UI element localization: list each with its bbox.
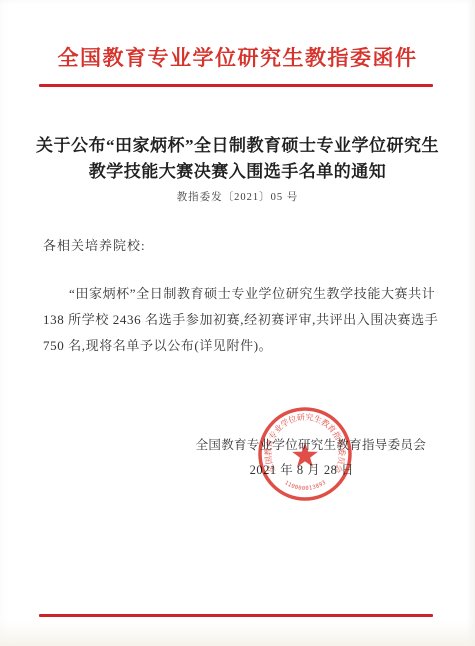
body-paragraph: “田家炳杯”全日制教育硕士专业学位研究生教学技能大赛共计138 所学校 2436… xyxy=(43,281,425,359)
document-number: 教指委发〔2021〕05 号 xyxy=(0,189,475,204)
letterhead-title: 全国教育专业学位研究生教指委函件 xyxy=(0,42,475,72)
footer-rule xyxy=(39,614,433,617)
body-line: 750 名,现将名单予以公布(详见附件)。 xyxy=(43,333,425,359)
signature-org: 全国教育专业学位研究生教育指导委员会 xyxy=(196,435,426,453)
signature-date: 2021 年 8 月 28 日 xyxy=(250,460,354,478)
title-line-2: 教学技能大赛决赛入围选手名单的通知 xyxy=(89,162,387,181)
official-seal-icon: 全国教育专业学位研究生教育指导委员会 1100000138937 xyxy=(250,399,360,509)
body-line: 138 所学校 2436 名选手参加初赛,经初赛评审,共评出入围决赛选手 xyxy=(43,307,425,333)
document-page: 全国教育专业学位研究生教指委函件 关于公布“田家炳杯”全日制教育硕士专业学位研究… xyxy=(0,0,475,646)
document-title: 关于公布“田家炳杯”全日制教育硕士专业学位研究生 教学技能大赛决赛入围选手名单的… xyxy=(20,133,455,185)
letterhead-rule xyxy=(39,84,433,87)
body-line: “田家炳杯”全日制教育硕士专业学位研究生教学技能大赛共计 xyxy=(43,281,425,307)
page-bottom-shading xyxy=(0,620,475,646)
seal-ring xyxy=(260,409,350,499)
salutation: 各相关培养院校: xyxy=(43,235,146,254)
title-line-1: 关于公布“田家炳杯”全日制教育硕士专业学位研究生 xyxy=(36,136,439,155)
